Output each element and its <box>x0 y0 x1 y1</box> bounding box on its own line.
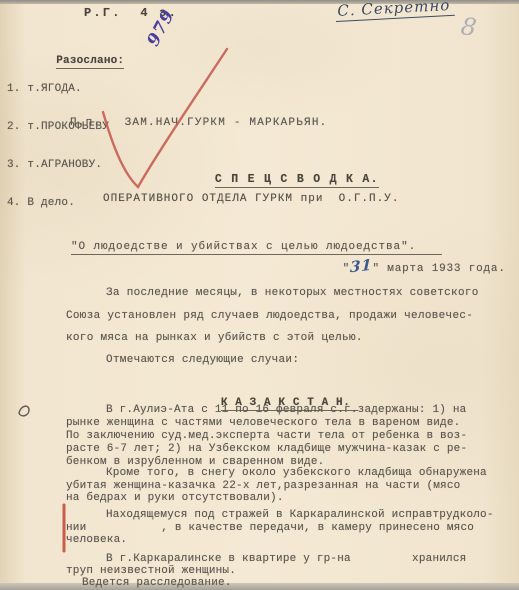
body-line: труп неизвестной женщины. <box>66 565 236 577</box>
body-line: Находящемуся под стражей в Каркаралинско… <box>66 509 494 521</box>
intro-line: За последние месяцы, в некоторых местнос… <box>66 287 479 299</box>
handwritten-date-day: 31 <box>350 260 373 272</box>
intro-line: кого мяса на рынках и убийств с этой цел… <box>66 332 363 344</box>
date-text: " марта 1933 года. <box>373 263 506 275</box>
body-line: на бедрах и руки отсутствовали). <box>66 492 284 504</box>
body-line: человека. <box>66 534 127 546</box>
intro-line: Отмечаются следующие случаи: <box>66 354 299 366</box>
body-line: рынке женщина с частями человеческого те… <box>66 417 460 429</box>
document-date: "31" марта 1933 года. <box>313 249 506 287</box>
body-line: В г.Каркаралинске в квартире у гр-на хра… <box>66 553 466 565</box>
body-line: убитая женщина-казачка 22-х лет,разрезан… <box>66 480 460 492</box>
body-line: нии , в качестве передачи, в камеру прин… <box>66 522 474 534</box>
document-subtitle: ОПЕРАТИВНОГО ОТДЕЛА ГУРКМ при О.Г.П.У. <box>103 193 399 205</box>
body-line: По заключению суд.мед.эксперта части тел… <box>66 430 467 442</box>
body-line: расте 6-7 лет; 2) на Узбекском кладбище … <box>66 443 467 455</box>
body-line: Кроме того, в снегу около узбекского кла… <box>66 467 487 479</box>
distribution-item: 3. т.АГРАНОВУ. <box>7 159 109 172</box>
pencil-page-number: 8 <box>459 12 478 42</box>
distribution-item: 1. т.ЯГОДА. <box>7 83 109 96</box>
distribution-list: 1. т.ЯГОДА. 2. т.ПРОКОФЬЕВУ 3. т.АГРАНОВ… <box>7 58 109 234</box>
signature-line: П.п. ЗАМ.НАЧ.ГУРКМ - МАРКАРЬЯН. <box>70 117 327 129</box>
document-title-text: С П Е Ц С В О Д К А. <box>215 173 379 188</box>
intro-line: Союза установлен ряд случаев людоедства,… <box>66 310 473 322</box>
handwritten-classification: С. Секретно <box>335 0 455 22</box>
distribution-item: 4. В дело. <box>7 197 109 210</box>
body-line: В г.Аулиэ-Ата с 11 по 16 февраля с.г.зад… <box>66 404 466 416</box>
scanned-document-page: Р.Г. 4 э. С. Секретно 979 8 Разослано: 1… <box>0 0 519 590</box>
pencil-check-mark <box>19 406 29 416</box>
body-line: Ведется расследование. <box>66 577 232 589</box>
